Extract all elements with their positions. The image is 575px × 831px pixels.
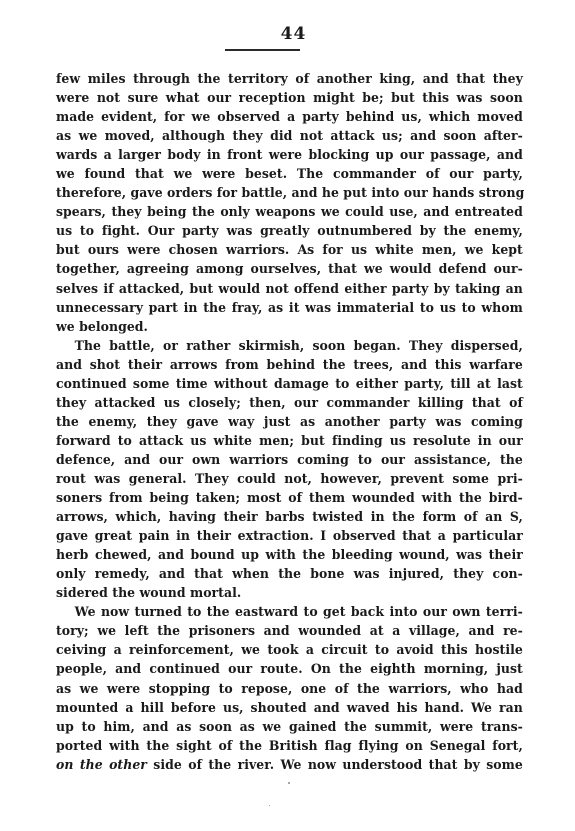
text-line: people, and continued our route. On the … <box>56 660 523 679</box>
text-line: made evident, for we observed a party be… <box>56 108 523 127</box>
text-line: they attacked us closely; then, our comm… <box>56 394 523 413</box>
text-line: we found that we were beset. The command… <box>56 165 523 184</box>
text-line: were not sure what our reception might b… <box>56 89 523 108</box>
text-line: up to him, and as soon as we gained the … <box>56 718 523 737</box>
text-line: and shot their arrows from behind the tr… <box>56 356 523 375</box>
text-line: arrows, which, having their barbs twiste… <box>56 508 523 527</box>
text-line: wards a larger body in front were blocki… <box>56 146 523 165</box>
text-line-rest: side of the river. We now understood tha… <box>147 757 523 773</box>
text-line: sidered the wound mortal. <box>56 584 523 603</box>
text-line: ceiving a reinforcement, we took a circu… <box>56 641 523 660</box>
scan-speck <box>288 782 290 784</box>
text-line: selves if attacked, but would not offend… <box>56 280 523 299</box>
text-line: tory; we left the prisoners and wounded … <box>56 622 523 641</box>
paragraph-3: We now turned to the eastward to get bac… <box>56 603 523 774</box>
text-line: We now turned to the eastward to get bac… <box>56 603 523 622</box>
italic-phrase: on the other <box>56 757 147 773</box>
text-line: soners from being taken; most of them wo… <box>56 489 523 508</box>
text-line: ported with the sight of the British fla… <box>56 737 523 756</box>
paragraph-1: few miles through the territory of anoth… <box>56 70 523 337</box>
scan-speck <box>269 805 270 806</box>
text-line: rout was general. They could not, howeve… <box>56 470 523 489</box>
page-body: few miles through the territory of anoth… <box>56 70 523 775</box>
text-line: the enemy, they gave way just as another… <box>56 413 523 432</box>
text-line: only remedy, and that when the bone was … <box>56 565 523 584</box>
text-line: The battle, or rather skirmish, soon beg… <box>56 337 523 356</box>
text-line-final: on the other side of the river. We now u… <box>56 756 523 775</box>
text-line: gave great pain in their extraction. I o… <box>56 527 523 546</box>
header-rule <box>225 49 300 51</box>
text-line: we belonged. <box>56 318 523 337</box>
text-line: therefore, gave orders for battle, and h… <box>56 184 523 203</box>
text-line: us to fight. Our party was greatly outnu… <box>56 222 523 241</box>
text-line: defence, and our own warriors coming to … <box>56 451 523 470</box>
text-line: continued some time without damage to ei… <box>56 375 523 394</box>
text-line: spears, they being the only weapons we c… <box>56 203 523 222</box>
text-line: forward to attack us white men; but find… <box>56 432 523 451</box>
text-line: few miles through the territory of anoth… <box>56 70 523 89</box>
text-line: together, agreeing among ourselves, that… <box>56 260 523 279</box>
text-line: as we moved, although they did not attac… <box>56 127 523 146</box>
text-line: as we were stopping to repose, one of th… <box>56 680 523 699</box>
text-line: herb chewed, and bound up with the bleed… <box>56 546 523 565</box>
page-number: 44 <box>0 24 575 44</box>
paragraph-2: The battle, or rather skirmish, soon beg… <box>56 337 523 604</box>
text-line: unnecessary part in the fray, as it was … <box>56 299 523 318</box>
text-line: mounted a hill before us, shouted and wa… <box>56 699 523 718</box>
text-line: but ours were chosen warriors. As for us… <box>56 241 523 260</box>
